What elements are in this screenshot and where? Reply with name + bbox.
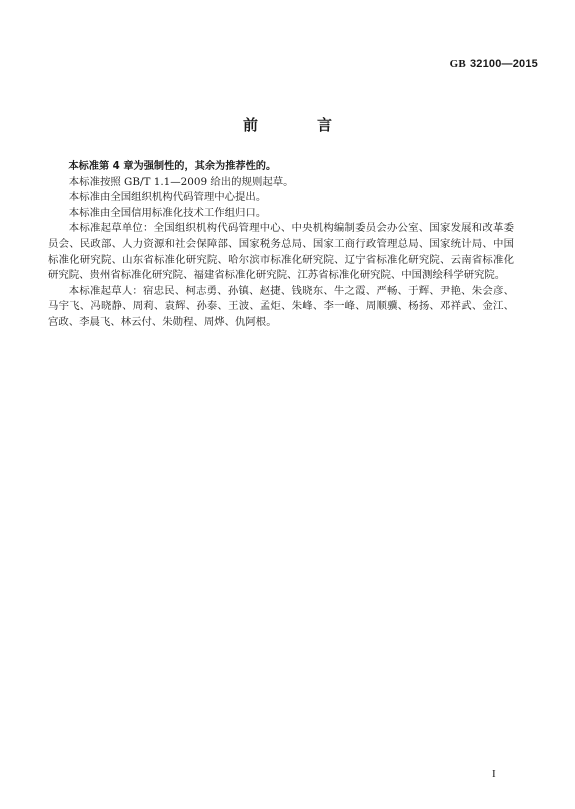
paragraph-proposed-by: 本标准由全国组织机构代码管理中心提出。 — [48, 190, 514, 206]
page-title: 前 言 — [0, 114, 575, 135]
foreword-body: 本标准第 4 章为强制性的，其余为推荐性的。 本标准按照 GB/T 1.1—20… — [48, 159, 514, 331]
paragraph-mandatory-clause: 本标准第 4 章为强制性的，其余为推荐性的。 — [48, 159, 514, 175]
standard-number: GB32100—2015 — [450, 58, 538, 70]
standard-code: 32100—2015 — [470, 58, 538, 70]
paragraph-drafting-organizations: 本标准起草单位：全国组织机构代码管理中心、中央机构编制委员会办公室、国家发展和改… — [48, 221, 514, 283]
page-number: I — [492, 768, 496, 780]
standard-prefix: GB — [450, 58, 466, 70]
document-page: GB32100—2015 前 言 本标准第 4 章为强制性的，其余为推荐性的。 … — [0, 0, 575, 809]
paragraph-drafters: 本标准起草人：宿忠民、柯志勇、孙镇、赵捷、钱晓东、牛之霞、严畅、于辉、尹艳、朱会… — [48, 284, 514, 331]
paragraph-under-jurisdiction: 本标准由全国信用标准化技术工作组归口。 — [48, 206, 514, 222]
paragraph-drafting-rules: 本标准按照 GB/T 1.1—2009 给出的规则起草。 — [48, 175, 514, 191]
